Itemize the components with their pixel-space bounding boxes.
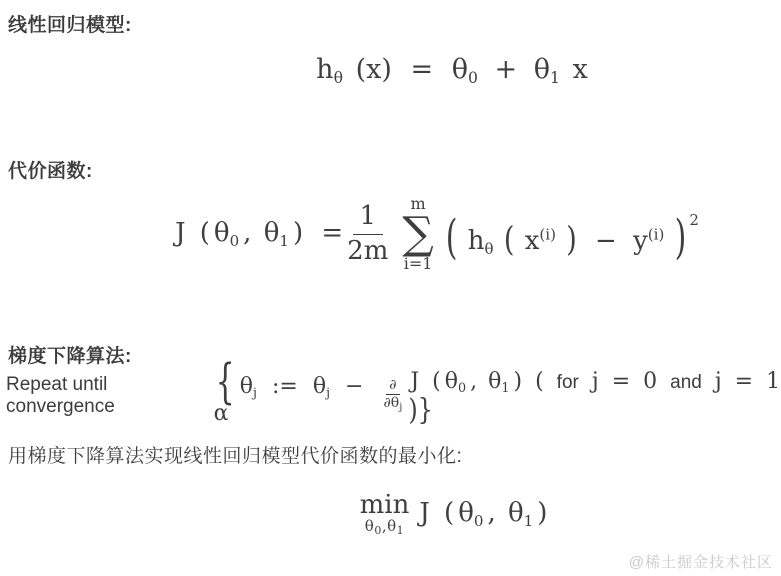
equals-sign: =: [735, 369, 753, 394]
math-subscript: 0: [458, 381, 466, 396]
math-token: 1: [766, 369, 780, 394]
sigma-symbol: ∑: [402, 214, 433, 254]
math-token: θ: [452, 54, 468, 85]
fraction-denominator: 2m: [347, 235, 388, 265]
math-token: J: [175, 218, 185, 248]
math-subscript: 0: [474, 512, 484, 530]
cost-lhs: J (θ0, θ1) =: [175, 218, 343, 250]
gradient-formula-tail: J (θ0, θ1) ( for j = 0 and j = 1)}: [406, 369, 781, 424]
minus-sign: −: [345, 374, 363, 399]
equals-sign: =: [321, 218, 343, 248]
math-subscript: θ: [334, 68, 343, 87]
math-subscript: 0: [230, 232, 240, 250]
paren: (: [432, 369, 441, 394]
min-under-label: θ0,θ1: [365, 519, 404, 536]
article-page: 线性回归模型: hθ (x) = θ0 + θ1 x 代价函数: J (θ0, …: [0, 0, 781, 576]
math-token: θ: [445, 369, 458, 394]
close-paren-brace: )}: [408, 392, 433, 426]
comma: ,: [243, 218, 251, 248]
math-token: θ: [313, 374, 326, 399]
math-subscript: 1: [550, 68, 560, 87]
partial-derivative-fraction: ∂ ∂θj: [384, 378, 403, 413]
math-token: j: [592, 369, 599, 394]
math-token: J: [419, 498, 429, 528]
squared-exponent: 2: [689, 211, 699, 229]
equals-sign: =: [612, 369, 630, 394]
summation-operator: m ∑ i=1: [402, 194, 433, 274]
math-subscript: θ: [485, 240, 494, 258]
math-token: ∂θ: [384, 395, 400, 411]
math-subscript: j: [326, 386, 330, 401]
gradient-descent-rule: Repeat until convergence {θj := θj − α ∂…: [6, 366, 781, 426]
and-keyword: and: [670, 372, 702, 393]
inner-paren-open: (: [504, 220, 515, 261]
paren: ): [293, 218, 303, 248]
inner-paren-close: ): [566, 220, 577, 261]
math-subscript: 1: [501, 381, 509, 396]
paren: (: [535, 369, 544, 394]
math-token: h: [468, 226, 485, 256]
math-token: y: [633, 226, 648, 256]
math-subscript: 0: [468, 68, 478, 87]
hypothesis-body: hθ (x) = θ0 + θ1 x: [316, 54, 588, 88]
math-token: θ: [214, 218, 230, 248]
fraction-one-over-2m: 1 2m: [347, 203, 388, 265]
math-subscript: j: [399, 402, 402, 413]
minimize-paragraph: 用梯度下降算法实现线性回归模型代价函数的最小化:: [8, 441, 462, 468]
math-token: h: [316, 54, 333, 85]
min-operator: min θ0,θ1: [360, 492, 410, 537]
math-token: θ: [387, 517, 397, 535]
comma: ,: [487, 498, 495, 528]
big-paren-close: ): [675, 211, 687, 267]
squared-error-term: ( hθ ( x(i) ) − y(i) )2: [444, 211, 699, 258]
math-token: θ: [264, 218, 280, 248]
math-token: θ: [534, 54, 550, 85]
equals-sign: =: [410, 54, 433, 85]
math-token: θ: [508, 498, 524, 528]
math-token: x: [525, 226, 540, 256]
math-subscript: 0: [374, 524, 382, 537]
math-token: θ: [240, 374, 253, 399]
math-superscript: (i): [648, 225, 665, 243]
heading-linear-model: 线性回归模型:: [8, 10, 132, 37]
min-label: min: [360, 492, 410, 519]
partial-denominator: ∂θj: [384, 395, 403, 414]
paren: ): [537, 498, 547, 528]
math-token: j: [715, 369, 722, 394]
math-subscript: 1: [397, 524, 405, 537]
gradient-formula: {θj := θj − α: [208, 366, 380, 426]
paren: (: [200, 218, 210, 248]
math-subscript: 1: [524, 512, 534, 530]
math-token: J: [410, 369, 419, 394]
math-token: θ: [365, 517, 375, 535]
partial-numerator: ∂: [386, 378, 399, 395]
open-brace: {: [216, 354, 235, 410]
formula-hypothesis: hθ (x) = θ0 + θ1 x: [0, 54, 781, 88]
math-token: x: [573, 54, 588, 85]
comma: ,: [470, 369, 477, 394]
formula-minimize: min θ0,θ1 J (θ0, θ1): [0, 492, 781, 537]
fraction-numerator: 1: [353, 203, 384, 234]
math-subscript: 1: [279, 232, 289, 250]
minus-sign: −: [595, 226, 617, 256]
repeat-prefix: Repeat until convergence: [6, 374, 208, 418]
heading-gradient-descent: 梯度下降算法:: [8, 341, 132, 368]
math-token: θ: [488, 369, 501, 394]
paren: (: [444, 498, 454, 528]
assign-operator: :=: [272, 374, 298, 399]
math-token: θ: [458, 498, 474, 528]
paren: ): [513, 369, 522, 394]
plus-sign: +: [495, 54, 518, 85]
math-token: (x): [356, 54, 392, 85]
formula-cost: J (θ0, θ1) = 1 2m m ∑ i=1 ( hθ ( x(i) ) …: [0, 194, 781, 274]
min-cost-call: J (θ0, θ1): [409, 498, 547, 530]
juejin-watermark: @稀土掘金技术社区: [629, 551, 773, 572]
big-paren-open: (: [446, 211, 458, 267]
math-subscript: j: [253, 386, 257, 401]
summation-lower-limit: i=1: [404, 254, 433, 274]
math-token: 0: [643, 369, 657, 394]
heading-cost-function: 代价函数:: [8, 156, 93, 183]
math-superscript: (i): [539, 225, 556, 243]
for-keyword: for: [557, 372, 579, 393]
